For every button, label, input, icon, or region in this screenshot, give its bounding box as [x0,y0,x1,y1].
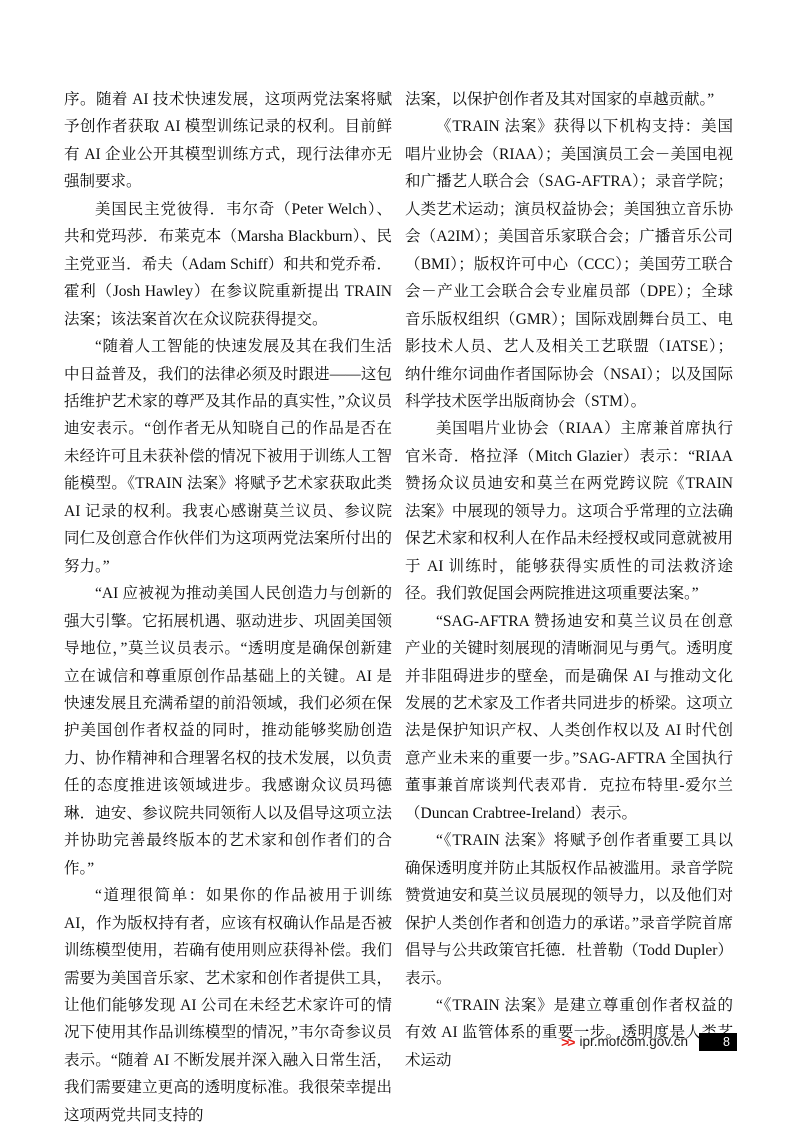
paragraph: “《TRAIN 法案》将赋予创作者重要工具以确保透明度并防止其版权作品被滥用。录… [405,827,733,992]
paragraph: “道理很简单：如果你的作品被用于训练 AI，作为版权持有者，应该有权确认作品是否… [64,882,392,1122]
footer: >> ipr.mofcom.gov.cn 8 [561,1033,737,1051]
document-page: 序。随着 AI 技术快速发展，这项两党法案将赋予创作者获取 AI 模型训练记录的… [0,0,794,1122]
text-column-right: 法案，以保护创作者及其对国家的卓越贡献。”《TRAIN 法案》获得以下机构支持：… [405,86,733,1122]
page-number: 8 [723,1035,730,1049]
paragraph: “AI 应被视为推动美国人民创造力与创新的强大引擎。它拓展机遇、驱动进步、巩固美… [64,580,392,882]
paragraph: 法案，以保护创作者及其对国家的卓越贡献。” [405,86,733,113]
page-number-badge: 8 [699,1033,737,1051]
paragraph: “SAG-AFTRA 赞扬迪安和莫兰议员在创意产业的关键时刻展现的清晰洞见与勇气… [405,608,733,828]
footer-url: ipr.mofcom.gov.cn [579,1033,688,1051]
paragraph: 美国民主党彼得．韦尔奇（Peter Welch）、共和党玛莎．布莱克本（Mars… [64,196,392,333]
chevron-right-icon: >> [561,1033,573,1051]
paragraph: “随着人工智能的快速发展及其在我们生活中日益普及，我们的法律必须及时跟进——这包… [64,333,392,580]
paragraph: 美国唱片业协会（RIAA）主席兼首席执行官米奇．格拉泽（Mitch Glazie… [405,415,733,607]
paragraph: 《TRAIN 法案》获得以下机构支持：美国唱片业协会（RIAA）；美国演员工会－… [405,113,733,415]
paragraph: 序。随着 AI 技术快速发展，这项两党法案将赋予创作者获取 AI 模型训练记录的… [64,86,392,196]
text-column-left: 序。随着 AI 技术快速发展，这项两党法案将赋予创作者获取 AI 模型训练记录的… [64,86,392,1122]
page-body: 序。随着 AI 技术快速发展，这项两党法案将赋予创作者获取 AI 模型训练记录的… [64,86,733,1122]
